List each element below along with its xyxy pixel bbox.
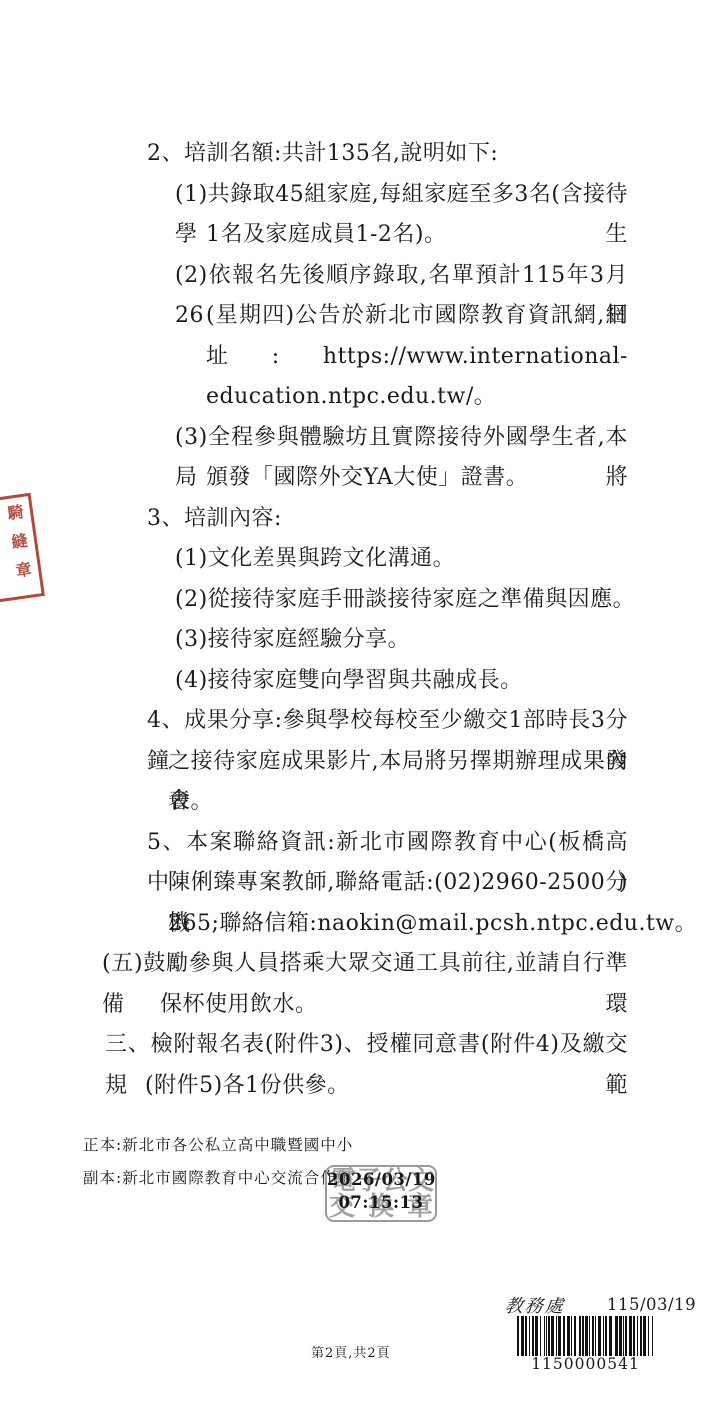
exchange-stamp-time: 07:15:13: [327, 1193, 435, 1212]
document-line: 之接待家庭成果影片,本局將另擇期辦理成果發表: [168, 742, 628, 783]
document-line: 會。: [168, 782, 703, 823]
barcode-number: 1150000541: [509, 1355, 662, 1373]
barcode-bar: [623, 1316, 624, 1356]
seam-seal-text: 騎縫章: [2, 502, 37, 591]
barcode-bar: [532, 1316, 534, 1356]
barcode-bar: [571, 1316, 572, 1356]
document-line: (1)文化差異與跨文化溝通。: [175, 539, 703, 580]
document-line: 4、成果分享:參與學校每校至少繳交1部時長3分鐘內: [147, 701, 628, 742]
barcode-bar: [556, 1316, 557, 1356]
document-line: (3)接待家庭經驗分享。: [175, 620, 703, 661]
barcode-bar: [525, 1316, 527, 1356]
document-line: 址:https://www.international-: [206, 337, 628, 378]
document-line: 三、檢附報名表(附件3)、授權同意書(附件4)及繳交規範: [105, 1025, 628, 1066]
document-page: 2、培訓名額:共計135名,說明如下:(1)共錄取45組家庭,每組家庭至多3名(…: [0, 0, 703, 1415]
document-line-segment: 址: [206, 337, 229, 378]
document-line: 3、培訓內容:: [147, 499, 703, 540]
document-line: 5、本案聯絡資訊:新北市國際教育中心(板橋高中): [147, 823, 628, 864]
barcode-bar: [652, 1316, 653, 1356]
barcode-bar: [548, 1316, 550, 1356]
barcode: [517, 1316, 654, 1356]
barcode-bar: [595, 1316, 596, 1356]
exchange-stamp-date: 2026/03/19: [327, 1170, 435, 1189]
document-line: 頒發「國際外交YA大使」證書。: [206, 458, 703, 499]
barcode-bar: [521, 1316, 524, 1356]
barcode-bar: [567, 1316, 570, 1356]
document-line-segment: :: [272, 337, 280, 378]
barcode-bar: [579, 1316, 581, 1356]
barcode-bar: [619, 1316, 622, 1356]
barcode-bar: [546, 1316, 547, 1356]
barcode-bar: [609, 1316, 612, 1356]
barcode-bar: [637, 1316, 638, 1356]
registry-date: 115/03/19: [607, 1295, 696, 1314]
barcode-bar: [629, 1316, 632, 1356]
document-line: 陳俐臻專案教師,聯絡電話:(02)2960-2500分機: [168, 863, 628, 904]
document-line: (星期四)公告於新北市國際教育資訊網,網: [206, 296, 628, 337]
barcode-bar: [643, 1316, 646, 1356]
document-line: (3)全程參與體驗坊且實際接待外國學生者,本局將: [175, 418, 628, 459]
barcode-bar: [605, 1316, 607, 1356]
barcode-bar: [589, 1316, 590, 1356]
barcode-bar: [585, 1316, 588, 1356]
document-line: (五)鼓勵參與人員搭乘大眾交通工具前往,並請自行準備環: [102, 944, 628, 985]
document-body: 2、培訓名額:共計135名,說明如下:(1)共錄取45組家庭,每組家庭至多3名(…: [0, 134, 703, 1106]
barcode-bar: [551, 1316, 554, 1356]
barcode-bar: [582, 1316, 584, 1356]
document-line: (4)接待家庭雙向學習與共融成長。: [175, 661, 703, 702]
barcode-bar: [517, 1316, 519, 1356]
electronic-exchange-stamp: 電子公文 交換章 2026/03/19 07:15:13: [325, 1165, 437, 1222]
document-line: education.ntpc.edu.tw/。: [206, 377, 703, 418]
barcode-bar: [648, 1316, 649, 1356]
barcode-bar: [640, 1316, 642, 1356]
page-number: 第2頁,共2頁: [311, 1342, 391, 1361]
barcode-bar: [563, 1316, 565, 1356]
barcode-bar: [615, 1316, 618, 1356]
barcode-bar: [598, 1316, 601, 1356]
barcode-bar: [535, 1316, 538, 1356]
barcode-bar: [529, 1316, 530, 1356]
barcode-bar: [544, 1316, 545, 1356]
barcode-bar: [592, 1316, 594, 1356]
barcode-bar: [603, 1316, 604, 1356]
barcode-bar: [558, 1316, 561, 1356]
document-line: (2)從接待家庭手冊談接待家庭之準備與因應。: [175, 580, 703, 621]
barcode-bar: [574, 1316, 576, 1356]
barcode-bar: [625, 1316, 627, 1356]
department-name: 教務處: [504, 1292, 567, 1318]
document-line: 保杯使用飲水。: [160, 985, 703, 1026]
document-line: 1名及家庭成員1-2名)。: [206, 215, 703, 256]
document-line: 265;聯絡信箱:naokin@mail.pcsh.ntpc.edu.tw。: [168, 904, 703, 945]
cc-recipient-line: 副本:新北市國際教育中心交流合作組: [83, 1166, 353, 1188]
document-line-segment: https://www.international-: [323, 337, 628, 378]
barcode-bar: [540, 1316, 541, 1356]
barcode-bar: [633, 1316, 635, 1356]
document-line: (1)共錄取45組家庭,每組家庭至多3名(含接待學生: [175, 175, 628, 216]
document-line: 2、培訓名額:共計135名,說明如下:: [147, 134, 703, 175]
original-recipient-line: 正本:新北市各公私立高中職暨國中小: [83, 1133, 353, 1155]
document-line: (附件5)各1份供參。: [145, 1066, 703, 1107]
document-line: (2)依報名先後順序錄取,名單預計115年3月26日: [175, 256, 628, 297]
